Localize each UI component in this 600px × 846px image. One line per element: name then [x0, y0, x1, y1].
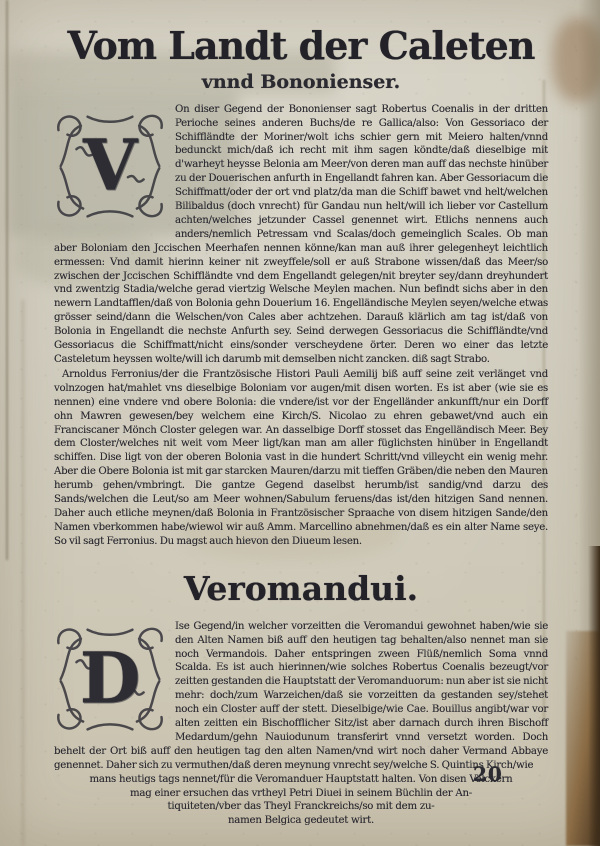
taper-line: namen Belgica gedeutet wirt.	[54, 814, 548, 828]
page-title: Vom Landt der Caleten	[54, 24, 548, 68]
book-fore-edge	[588, 546, 600, 846]
woodcut-initial: D	[54, 622, 166, 736]
page-subtitle: vnnd Bononienser.	[54, 71, 548, 93]
body-paragraph: V On diser Gegend der Bononienser sagt R…	[54, 103, 548, 367]
paper-crease	[22, 300, 24, 846]
text-block: Vom Landt der Caleten vnnd Bononienser.	[54, 24, 548, 828]
initial-letter: D	[80, 671, 140, 685]
taper-line: mag einer ersuchen das vrtheyl Petri Diu…	[54, 787, 548, 801]
woodcut-initial: V	[54, 105, 166, 227]
paragraph-text: Arnoldus Ferronius/der die Frantzösische…	[54, 369, 548, 547]
page-number: 20	[473, 762, 503, 786]
body-paragraph: Arnoldus Ferronius/der die Frantzösische…	[54, 368, 548, 549]
taper-line: tiquiteten/vber das Theyl Franckreichs/s…	[54, 800, 548, 814]
body-paragraph: D Ise Gegend/in welcher vorzeitten die V…	[54, 620, 548, 773]
page-gutter-edge	[6, 0, 8, 560]
section-heading-veromandui: Veromandui.	[54, 569, 548, 608]
initial-letter: V	[83, 158, 137, 172]
